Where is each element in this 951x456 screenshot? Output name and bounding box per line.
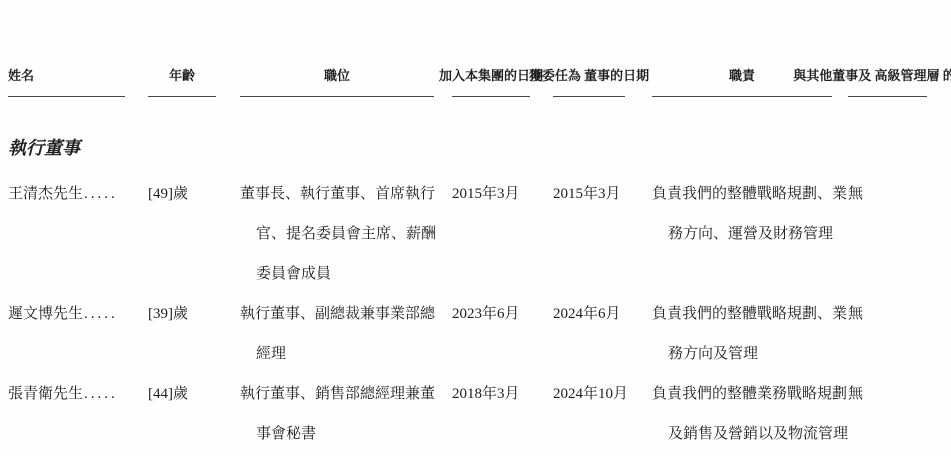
header-relationship: 與其他董事及 高級管理層 的關係	[848, 0, 927, 97]
director-date-appointed: 2015年3月	[553, 174, 625, 214]
director-age: [39]歲	[148, 294, 216, 334]
director-date-joined: 2015年3月	[452, 174, 530, 214]
director-date-appointed: 2024年10月	[553, 374, 625, 414]
table-row-director-3: 張青衛先生..... [44]歲 執行董事、銷售部總經理兼董 事會秘書 2018…	[8, 374, 927, 454]
director-duties: 負責我們的整體戰略規劃、業 務方向及管理	[652, 294, 832, 374]
director-name: 遲文博先生.....	[8, 294, 125, 334]
director-name-text: 遲文博先生	[8, 306, 83, 322]
director-name-text: 王清杰先生	[8, 186, 83, 202]
header-duties-label: 職責	[729, 61, 755, 91]
table-row-director-1: 王清杰先生..... [49]歲 董事長、執行董事、首席執行 官、提名委員會主席…	[8, 174, 927, 294]
table-body: 王清杰先生..... [49]歲 董事長、執行董事、首席執行 官、提名委員會主席…	[0, 174, 951, 454]
director-age: [44]歲	[148, 374, 216, 414]
director-name: 王清杰先生.....	[8, 174, 125, 214]
director-age: [49]歲	[148, 174, 216, 214]
director-date-joined: 2018年3月	[452, 374, 530, 414]
dot-leader: .....	[84, 186, 118, 202]
header-date-joined-label: 加入本集團的日期	[439, 61, 543, 91]
director-position: 董事長、執行董事、首席執行 官、提名委員會主席、薪酬 委員會成員	[240, 174, 434, 294]
director-position: 執行董事、銷售部總經理兼董 事會秘書	[240, 374, 434, 454]
director-duties: 負責我們的整體戰略規劃、業 務方向、運營及財務管理	[652, 174, 832, 254]
header-age-label: 年齡	[169, 61, 195, 91]
header-age: 年齡	[148, 0, 216, 97]
header-date-joined: 加入本集團的日期	[452, 0, 530, 97]
director-date-appointed: 2024年6月	[553, 294, 625, 334]
director-duties: 負責我們的整體業務戰略規劃 及銷售及營銷以及物流管理	[652, 374, 832, 454]
director-relationship: 無	[848, 294, 927, 334]
table-row-director-2: 遲文博先生..... [39]歲 執行董事、副總裁兼事業部總 經理 2023年6…	[8, 294, 927, 374]
table-header: 姓名 年齡 職位 加入本集團的日期 獲委任為 董事的日期 職責 與其他董事及 高…	[8, 0, 927, 97]
dot-leader: .....	[84, 306, 118, 322]
section-title-executive-directors: 執行董事	[8, 137, 951, 159]
director-name-text: 張青衛先生	[8, 386, 83, 402]
header-relationship-label: 與其他董事及 高級管理層 的關係	[793, 61, 951, 91]
director-name: 張青衛先生.....	[8, 374, 125, 414]
header-name: 姓名	[8, 0, 125, 97]
header-position-label: 職位	[324, 61, 350, 91]
director-relationship: 無	[848, 174, 927, 214]
header-position: 職位	[240, 0, 434, 97]
header-name-label: 姓名	[8, 61, 34, 91]
header-date-appointed-label: 獲委任為 董事的日期	[529, 61, 649, 91]
directors-table-page: 姓名 年齡 職位 加入本集團的日期 獲委任為 董事的日期 職責 與其他董事及 高…	[0, 0, 951, 456]
director-date-joined: 2023年6月	[452, 294, 530, 334]
dot-leader: .....	[84, 386, 118, 402]
director-relationship: 無	[848, 374, 927, 414]
director-position: 執行董事、副總裁兼事業部總 經理	[240, 294, 434, 374]
header-date-appointed: 獲委任為 董事的日期	[553, 0, 625, 97]
